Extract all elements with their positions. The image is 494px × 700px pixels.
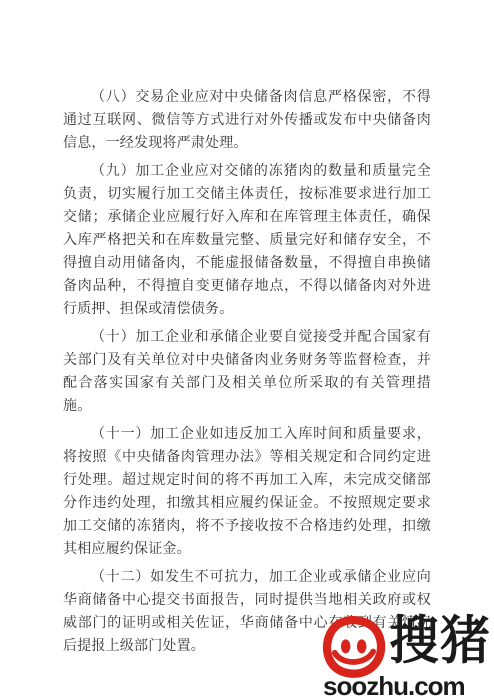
paragraph: （十一）加工企业如违反加工入库时间和质量要求，将按照《中央储备肉管理办法》等相关… [63,423,431,561]
logo-chinese-name: 搜猪 [389,606,494,677]
logo-domain-text: soozhu.com [323,672,493,700]
paragraph: （十）加工企业和承储企业要自觉接受并配合国家有关部门及有关单位对中央储备肉业务财… [63,326,431,418]
pig-snout-icon [322,616,386,678]
paragraph: （九）加工企业应对交储的冻猪肉的数量和质量完全负责，切实履行加工交储主体责任，按… [63,160,431,321]
document-body: （八）交易企业应对中央储备肉信息严格保密，不得通过互联网、微信等方式进行对外传播… [63,86,431,663]
paragraph: （八）交易企业应对中央储备肉信息严格保密，不得通过互联网、微信等方式进行对外传播… [63,86,431,155]
soozhu-logo: 搜猪 soozhu.com [320,609,494,700]
